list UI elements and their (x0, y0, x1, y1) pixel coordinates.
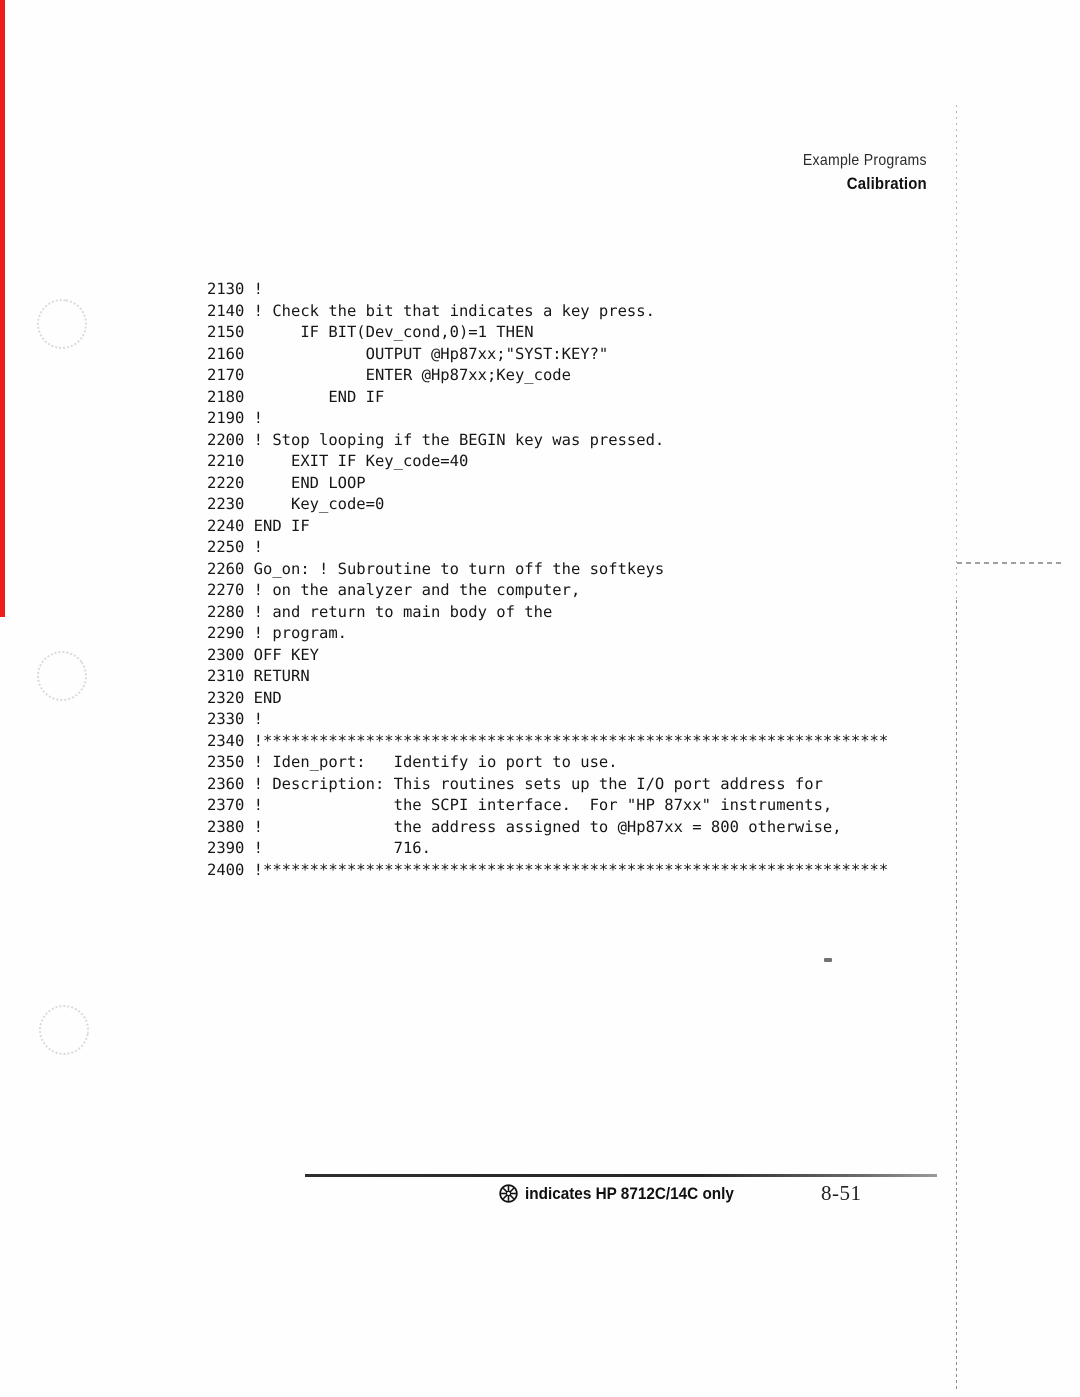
basic-program-listing: 2130 ! 2140 ! Check the bit that indicat… (207, 279, 888, 881)
right-margin-dotted-line (956, 105, 957, 600)
scan-artifact-circle (27, 641, 97, 711)
scan-artifact-circle (33, 295, 91, 353)
red-edge-stripe (0, 0, 5, 617)
page-number: 8-51 (821, 1181, 862, 1206)
right-margin-dash-mark (957, 562, 1062, 564)
scan-artifact-circle (35, 1001, 93, 1059)
footer-rule (305, 1174, 937, 1177)
circled-asterisk-icon (498, 1183, 519, 1204)
header-subsection-title: Calibration (803, 174, 927, 194)
footer-note-text: indicates HP 8712C/14C only (525, 1184, 734, 1204)
scanned-manual-page: Example Programs Calibration 2130 ! 2140… (0, 0, 1080, 1397)
page-header: Example Programs Calibration (786, 152, 927, 194)
scan-speck (824, 958, 832, 962)
footer-note: indicates HP 8712C/14C only (498, 1183, 757, 1204)
right-margin-dotted-line (956, 600, 957, 1390)
header-section-title: Example Programs (803, 152, 927, 170)
